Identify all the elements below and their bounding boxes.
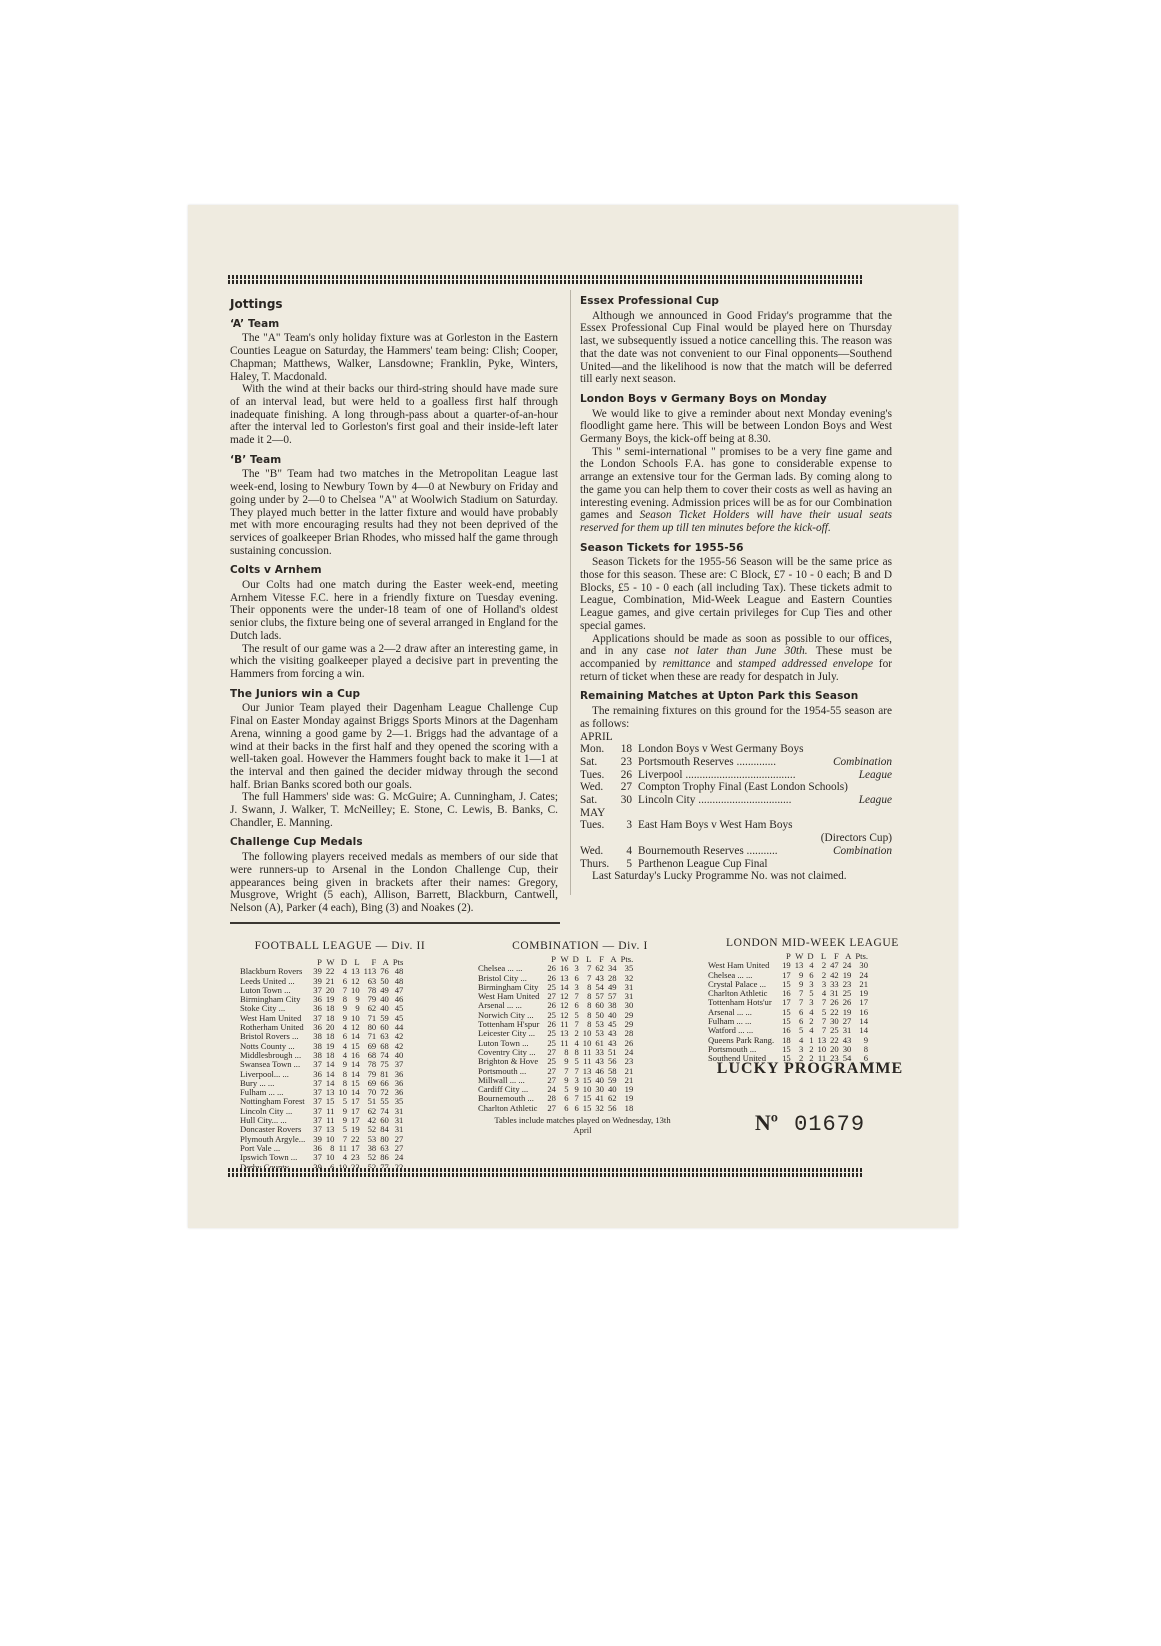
stat-cell: 27	[545, 1104, 558, 1113]
fixture-row: Wed.4Bournemouth Reserves ...........Com…	[580, 845, 892, 858]
fixture-row: Thurs.5Parthenon League Cup Final	[580, 858, 892, 871]
fixture-row: Sat.23Portsmouth Reserves ..............…	[580, 756, 892, 769]
fixture-description: London Boys v West Germany Boys	[638, 743, 892, 756]
fixture-match: Compton Trophy Final (East London School…	[638, 781, 848, 794]
column-divider	[570, 290, 571, 895]
fixture-description: Compton Trophy Final (East London School…	[638, 781, 892, 794]
fixture-date: 27	[620, 781, 638, 794]
fixture-day: Sat.	[580, 756, 620, 769]
section-paragraph: With the wind at their backs our third-s…	[230, 383, 558, 447]
fixture-date: 3	[620, 819, 638, 832]
lucky-unclaimed-note: Last Saturday's Lucky Programme No. was …	[580, 870, 892, 883]
stat-cell: 6	[571, 1104, 581, 1113]
fixture-day: Tues.	[580, 819, 620, 832]
stat-cell: 18	[619, 1104, 636, 1113]
london-boys-p1: We would like to give a reminder about n…	[580, 408, 892, 446]
fixture-row: Sat.30Lincoln City .....................…	[580, 794, 892, 807]
fixture-match: London Boys v West Germany Boys	[638, 743, 804, 756]
fixture-description: Parthenon League Cup Final	[638, 858, 892, 871]
fixture-category: League	[859, 769, 892, 782]
fixture-row: Tues.26Liverpool .......................…	[580, 769, 892, 782]
table-section-rule	[230, 922, 560, 924]
fixture-row: Tues.3East Ham Boys v West Ham Boys	[580, 819, 892, 832]
jottings-title: Jottings	[230, 298, 558, 311]
section-heading: Challenge Cup Medals	[230, 836, 558, 849]
fixture-day: Mon.	[580, 743, 620, 756]
section-paragraph: Our Junior Team played their Dagenham Le…	[230, 702, 558, 791]
tables-note: Tables include matches played on Wednesd…	[485, 1115, 680, 1135]
london-boys-p2: This " semi-international " promises to …	[580, 446, 892, 535]
team-name: Charlton Athletic	[478, 1104, 545, 1113]
fixture-date: 23	[620, 756, 638, 769]
fixture-match: Liverpool ..............................…	[638, 769, 796, 782]
fixture-day: Wed.	[580, 781, 620, 794]
remaining-heading: Remaining Matches at Upton Park this Sea…	[580, 690, 892, 703]
fixture-category: (Directors Cup)	[821, 832, 892, 845]
fixture-match: East Ham Boys v West Ham Boys	[638, 819, 793, 832]
stat-cell: 6	[558, 1104, 571, 1113]
number-sign: Nº	[755, 1110, 778, 1135]
stat-cell: 15	[581, 1104, 594, 1113]
stat-cell: 56	[606, 1104, 619, 1113]
essex-paragraph: Although we announced in Good Friday's p…	[580, 310, 892, 386]
month-label: APRIL	[580, 731, 892, 744]
fixture-row: Wed.27Compton Trophy Final (East London …	[580, 781, 892, 794]
fixture-day: Wed.	[580, 845, 620, 858]
fixture-description: (Directors Cup)	[638, 832, 892, 845]
section-paragraph: The full Hammers' side was: G. McGuire; …	[230, 791, 558, 829]
fixture-description: Liverpool ..............................…	[638, 769, 892, 782]
football-league-table: PWDLFAPtsBlackburn Rovers39224131137648L…	[240, 958, 405, 1172]
fixture-day: Tues.	[580, 769, 620, 782]
fixture-date	[620, 832, 638, 845]
fixture-description: Portsmouth Reserves ..............Combin…	[638, 756, 892, 769]
season-tickets-p1: Season Tickets for the 1955-56 Season wi…	[580, 556, 892, 632]
top-hatched-rule	[228, 275, 862, 284]
section-paragraph: The "B" Team had two matches in the Metr…	[230, 468, 558, 557]
fixture-match: Portsmouth Reserves ..............	[638, 756, 776, 769]
midweek-title: LONDON MID-WEEK LEAGUE	[705, 937, 920, 949]
fixture-row: (Directors Cup)	[580, 832, 892, 845]
fixture-match: Bournemouth Reserves ...........	[638, 845, 778, 858]
fixture-date: 26	[620, 769, 638, 782]
section-paragraph: The following players received medals as…	[230, 851, 558, 915]
section-heading: ‘A’ Team	[230, 318, 558, 331]
lucky-programme-number: Nº01679	[700, 1110, 920, 1137]
section-paragraph: Our Colts had one match during the Easte…	[230, 579, 558, 643]
right-column: Essex Professional Cup Although we annou…	[580, 295, 892, 883]
midweek-table: PWDLFAPts.West Ham United191342472430Che…	[708, 952, 870, 1064]
table-row: Charlton Athletic276615325618	[478, 1104, 635, 1113]
combination-title: COMBINATION — Div. I	[475, 940, 685, 952]
jottings-column: Jottings ‘A’ TeamThe "A" Team's only hol…	[230, 298, 558, 915]
fixture-description: Lincoln City ...........................…	[638, 794, 892, 807]
fixtures-list: APRILMon.18London Boys v West Germany Bo…	[580, 731, 892, 871]
fixture-category: Combination	[833, 845, 892, 858]
fixture-date: 5	[620, 858, 638, 871]
essex-heading: Essex Professional Cup	[580, 295, 892, 308]
combination-table: PWDLFAPts.Chelsea ... ...261637623435Bri…	[478, 955, 635, 1113]
football-league-title: FOOTBALL LEAGUE — Div. II	[235, 940, 445, 952]
fixture-category: Combination	[833, 756, 892, 769]
london-boys-heading: London Boys v Germany Boys on Monday	[580, 393, 892, 406]
section-heading: ‘B’ Team	[230, 454, 558, 467]
remaining-intro: The remaining fixtures on this ground fo…	[580, 705, 892, 730]
fixture-description: East Ham Boys v West Ham Boys	[638, 819, 892, 832]
fixture-date: 4	[620, 845, 638, 858]
fixture-row: Mon.18London Boys v West Germany Boys	[580, 743, 892, 756]
fixture-date: 30	[620, 794, 638, 807]
fixture-day	[580, 832, 620, 845]
fixture-match: Parthenon League Cup Final	[638, 858, 768, 871]
stat-cell: 32	[593, 1104, 606, 1113]
section-heading: The Juniors win a Cup	[230, 688, 558, 701]
fixture-category: League	[859, 794, 892, 807]
lucky-number-value: 01679	[794, 1112, 865, 1137]
section-paragraph: The result of our game was a 2—2 draw af…	[230, 643, 558, 681]
section-paragraph: The "A" Team's only holiday fixture was …	[230, 332, 558, 383]
bottom-hatched-rule	[228, 1168, 862, 1177]
season-tickets-heading: Season Tickets for 1955-56	[580, 542, 892, 555]
fixture-day: Thurs.	[580, 858, 620, 871]
section-heading: Colts v Arnhem	[230, 564, 558, 577]
fixture-date: 18	[620, 743, 638, 756]
month-label: MAY	[580, 807, 892, 820]
fixture-match: Lincoln City ...........................…	[638, 794, 791, 807]
lucky-programme-title: LUCKY PROGRAMME	[700, 1060, 920, 1078]
season-tickets-p2: Applications should be made as soon as p…	[580, 633, 892, 684]
fixture-description: Bournemouth Reserves ...........Combinat…	[638, 845, 892, 858]
fixture-day: Sat.	[580, 794, 620, 807]
